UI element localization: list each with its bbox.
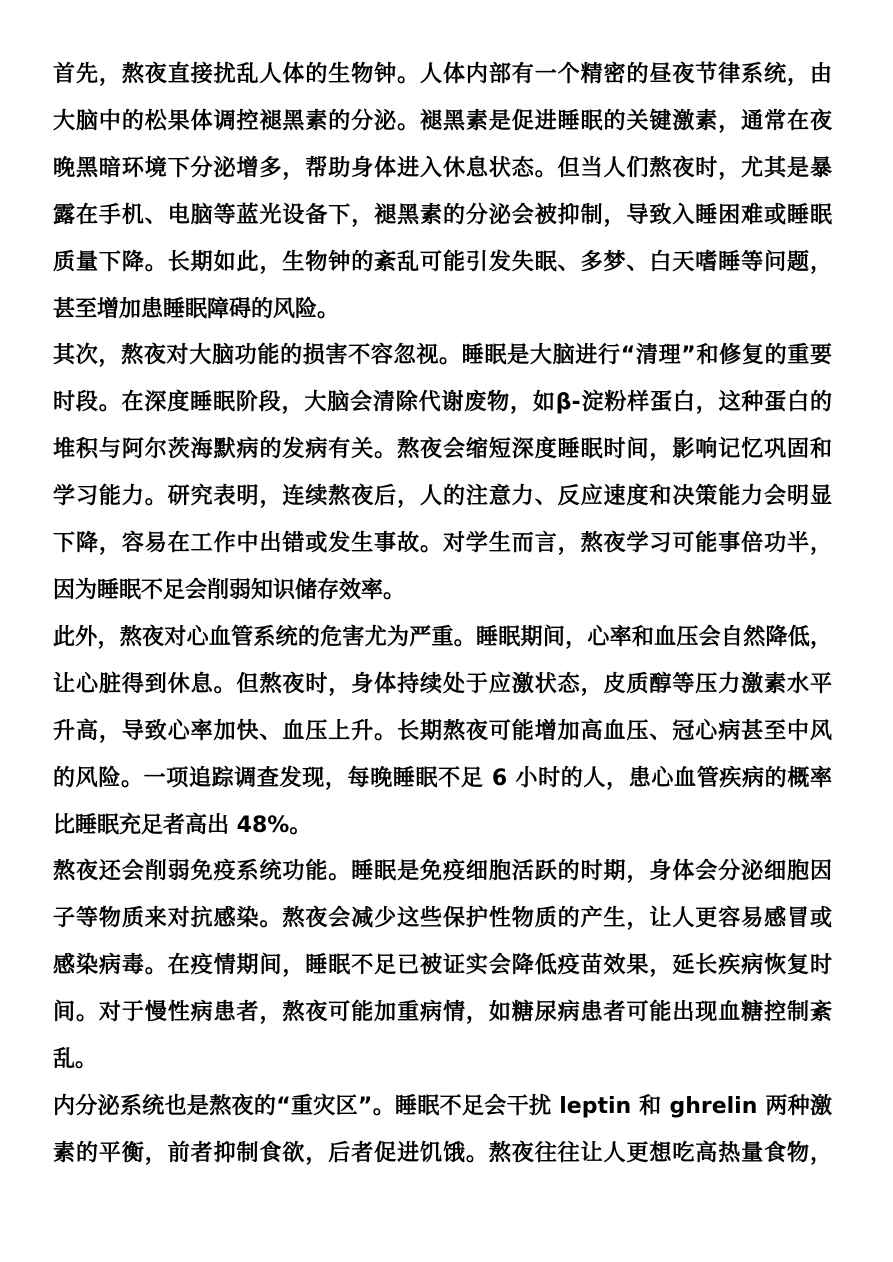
text-line: 升高，导致心率加快、血压上升。长期熬夜可能增加高血压、冠心病甚至中风 <box>53 709 832 756</box>
text-line: 内分泌系统也是熬夜的“重灾区”。睡眠不足会干扰 leptin 和 ghrelin… <box>53 1084 832 1131</box>
text-line: 甚至增加患睡眠障碍的风险。 <box>53 287 832 334</box>
text-line: 此外，熬夜对心血管系统的危害尤为严重。睡眠期间，心率和血压会自然降低， <box>53 615 832 662</box>
text-line: 让心脏得到休息。但熬夜时，身体持续处于应激状态，皮质醇等压力激素水平 <box>53 662 832 709</box>
text-line: 大脑中的松果体调控褪黑素的分泌。褪黑素是促进睡眠的关键激素，通常在夜 <box>53 99 832 146</box>
text-line: 其次，熬夜对大脑功能的损害不容忽视。睡眠是大脑进行“清理”和修复的重要 <box>53 333 832 380</box>
text-line: 的风险。一项追踪调查发现，每晚睡眠不足 6 小时的人，患心血管疾病的概率 <box>53 756 832 803</box>
text-line: 下降，容易在工作中出错或发生事故。对学生而言，熬夜学习可能事倍功半， <box>53 521 832 568</box>
text-line: 晚黑暗环境下分泌增多，帮助身体进入休息状态。但当人们熬夜时，尤其是暴 <box>53 146 832 193</box>
text-line: 间。对于慢性病患者，熬夜可能加重病情，如糖尿病患者可能出现血糖控制紊 <box>53 990 832 1037</box>
paragraph-immune-system: 熬夜还会削弱免疫系统功能。睡眠是免疫细胞活跃的时期，身体会分泌细胞因 子等物质来… <box>53 849 832 1084</box>
document-page: 首先，熬夜直接扰乱人体的生物钟。人体内部有一个精密的昼夜节律系统，由 大脑中的松… <box>0 0 893 1262</box>
text-line: 时段。在深度睡眠阶段，大脑会清除代谢废物，如β-淀粉样蛋白，这种蛋白的 <box>53 380 832 427</box>
text-line: 堆积与阿尔茨海默病的发病有关。熬夜会缩短深度睡眠时间，影响记忆巩固和 <box>53 427 832 474</box>
text-line: 质量下降。长期如此，生物钟的紊乱可能引发失眠、多梦、白天嗜睡等问题， <box>53 240 832 287</box>
text-line: 首先，熬夜直接扰乱人体的生物钟。人体内部有一个精密的昼夜节律系统，由 <box>53 52 832 99</box>
paragraph-brain-function: 其次，熬夜对大脑功能的损害不容忽视。睡眠是大脑进行“清理”和修复的重要 时段。在… <box>53 333 832 614</box>
text-line: 乱。 <box>53 1037 832 1084</box>
paragraph-cardiovascular: 此外，熬夜对心血管系统的危害尤为严重。睡眠期间，心率和血压会自然降低， 让心脏得… <box>53 615 832 850</box>
text-line: 子等物质来对抗感染。熬夜会减少这些保护性物质的产生，让人更容易感冒或 <box>53 896 832 943</box>
text-line: 熬夜还会削弱免疫系统功能。睡眠是免疫细胞活跃的时期，身体会分泌细胞因 <box>53 849 832 896</box>
text-line: 因为睡眠不足会削弱知识储存效率。 <box>53 568 832 615</box>
paragraph-endocrine: 内分泌系统也是熬夜的“重灾区”。睡眠不足会干扰 leptin 和 ghrelin… <box>53 1084 832 1178</box>
paragraph-circadian-rhythm: 首先，熬夜直接扰乱人体的生物钟。人体内部有一个精密的昼夜节律系统，由 大脑中的松… <box>53 52 832 333</box>
text-line: 素的平衡，前者抑制食欲，后者促进饥饿。熬夜往往让人更想吃高热量食物， <box>53 1131 832 1178</box>
text-line: 感染病毒。在疫情期间，睡眠不足已被证实会降低疫苗效果，延长疾病恢复时 <box>53 943 832 990</box>
text-line: 露在手机、电脑等蓝光设备下，褪黑素的分泌会被抑制，导致入睡困难或睡眠 <box>53 193 832 240</box>
text-line: 学习能力。研究表明，连续熬夜后，人的注意力、反应速度和决策能力会明显 <box>53 474 832 521</box>
text-line: 比睡眠充足者高出 48%。 <box>53 803 832 850</box>
